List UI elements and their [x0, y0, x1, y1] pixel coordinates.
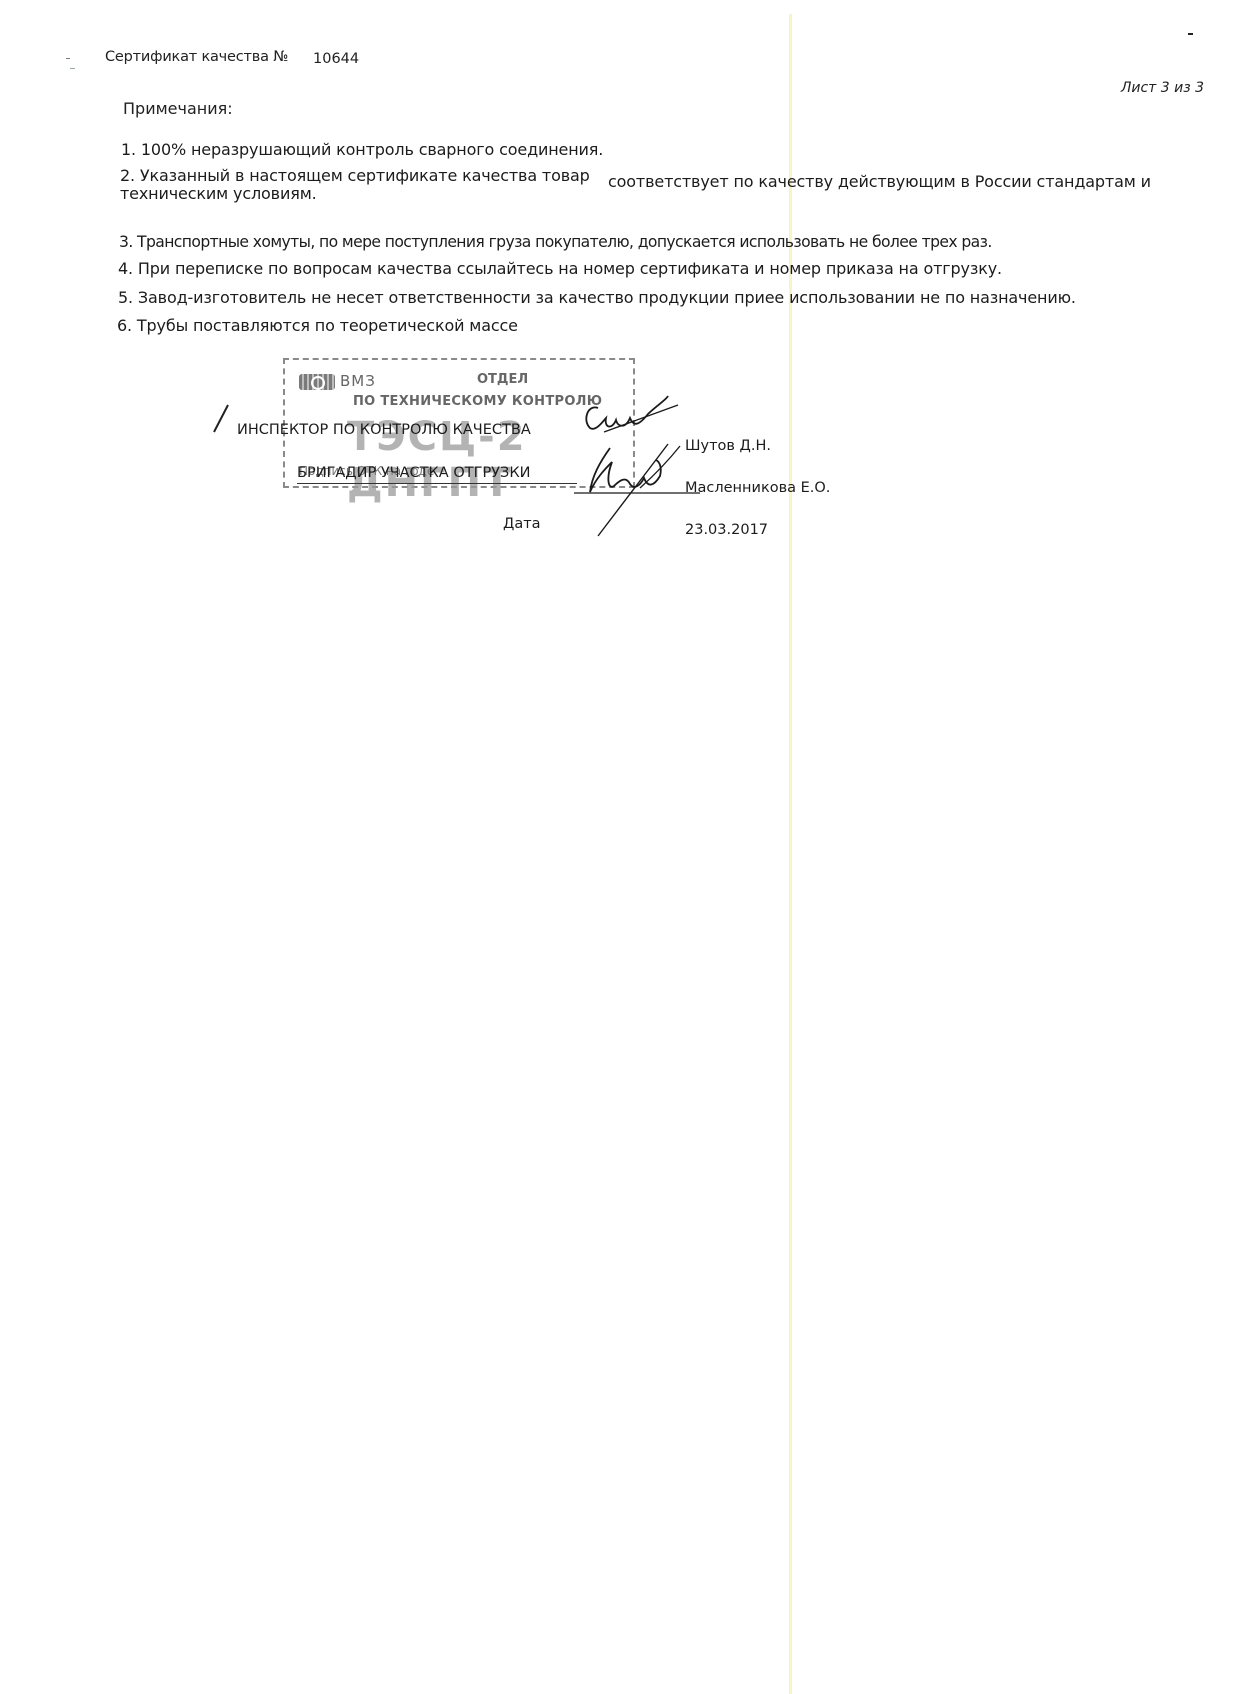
- note-item: 6. Трубы поставляются по теоретической м…: [117, 316, 518, 335]
- note-item: 3. Транспортные хомуты, по мере поступле…: [119, 233, 992, 251]
- date-value: 23.03.2017: [685, 522, 768, 538]
- brigadier-name: Масленникова Е.О.: [685, 480, 830, 496]
- stamp-department: ОТДЕЛ: [477, 372, 528, 387]
- scan-speck: [70, 68, 75, 69]
- note-item: 5. Завод-изготовитель не несет ответстве…: [118, 288, 1076, 307]
- certificate-number: 10644: [313, 51, 359, 67]
- pen-mark-icon: [214, 405, 228, 432]
- certificate-label: Сертификат качества №: [105, 49, 288, 65]
- document-page: Сертификат качества № 10644 Лист 3 из 3 …: [0, 0, 1240, 1694]
- inspector-name: Шутов Д.Н.: [685, 438, 771, 454]
- note-item: 2. Указанный в настоящем сертификате кач…: [120, 166, 590, 185]
- stamp-company: ВМЗ: [340, 372, 376, 390]
- notes-heading: Примечания:: [123, 99, 233, 118]
- note-item-continuation: техническим условиям.: [120, 184, 317, 203]
- scan-speck: [66, 58, 70, 59]
- note-item: 1. 100% неразрушающий контроль сварного …: [121, 140, 603, 159]
- handwritten-signatures: [0, 0, 1240, 1694]
- sheet-indicator: Лист 3 из 3: [1121, 80, 1204, 96]
- scan-speck: [1188, 33, 1193, 35]
- date-label: Дата: [503, 516, 541, 532]
- company-logo-icon: [299, 374, 335, 390]
- note-item: 4. При переписке по вопросам качества сс…: [118, 259, 1002, 278]
- note-item-continuation: соответствует по качеству действующим в …: [608, 172, 1151, 191]
- stamp-department-name: ПО ТЕХНИЧЕСКОМУ КОНТРОЛЮ: [353, 394, 602, 409]
- brigadier-role: БРИГАДИР УЧАСТКА ОТГРУЗКИ: [297, 465, 530, 481]
- signature-line: [297, 483, 577, 484]
- inspector-role: ИНСПЕКТОР ПО КОНТРОЛЮ КАЧЕСТВА: [237, 422, 531, 438]
